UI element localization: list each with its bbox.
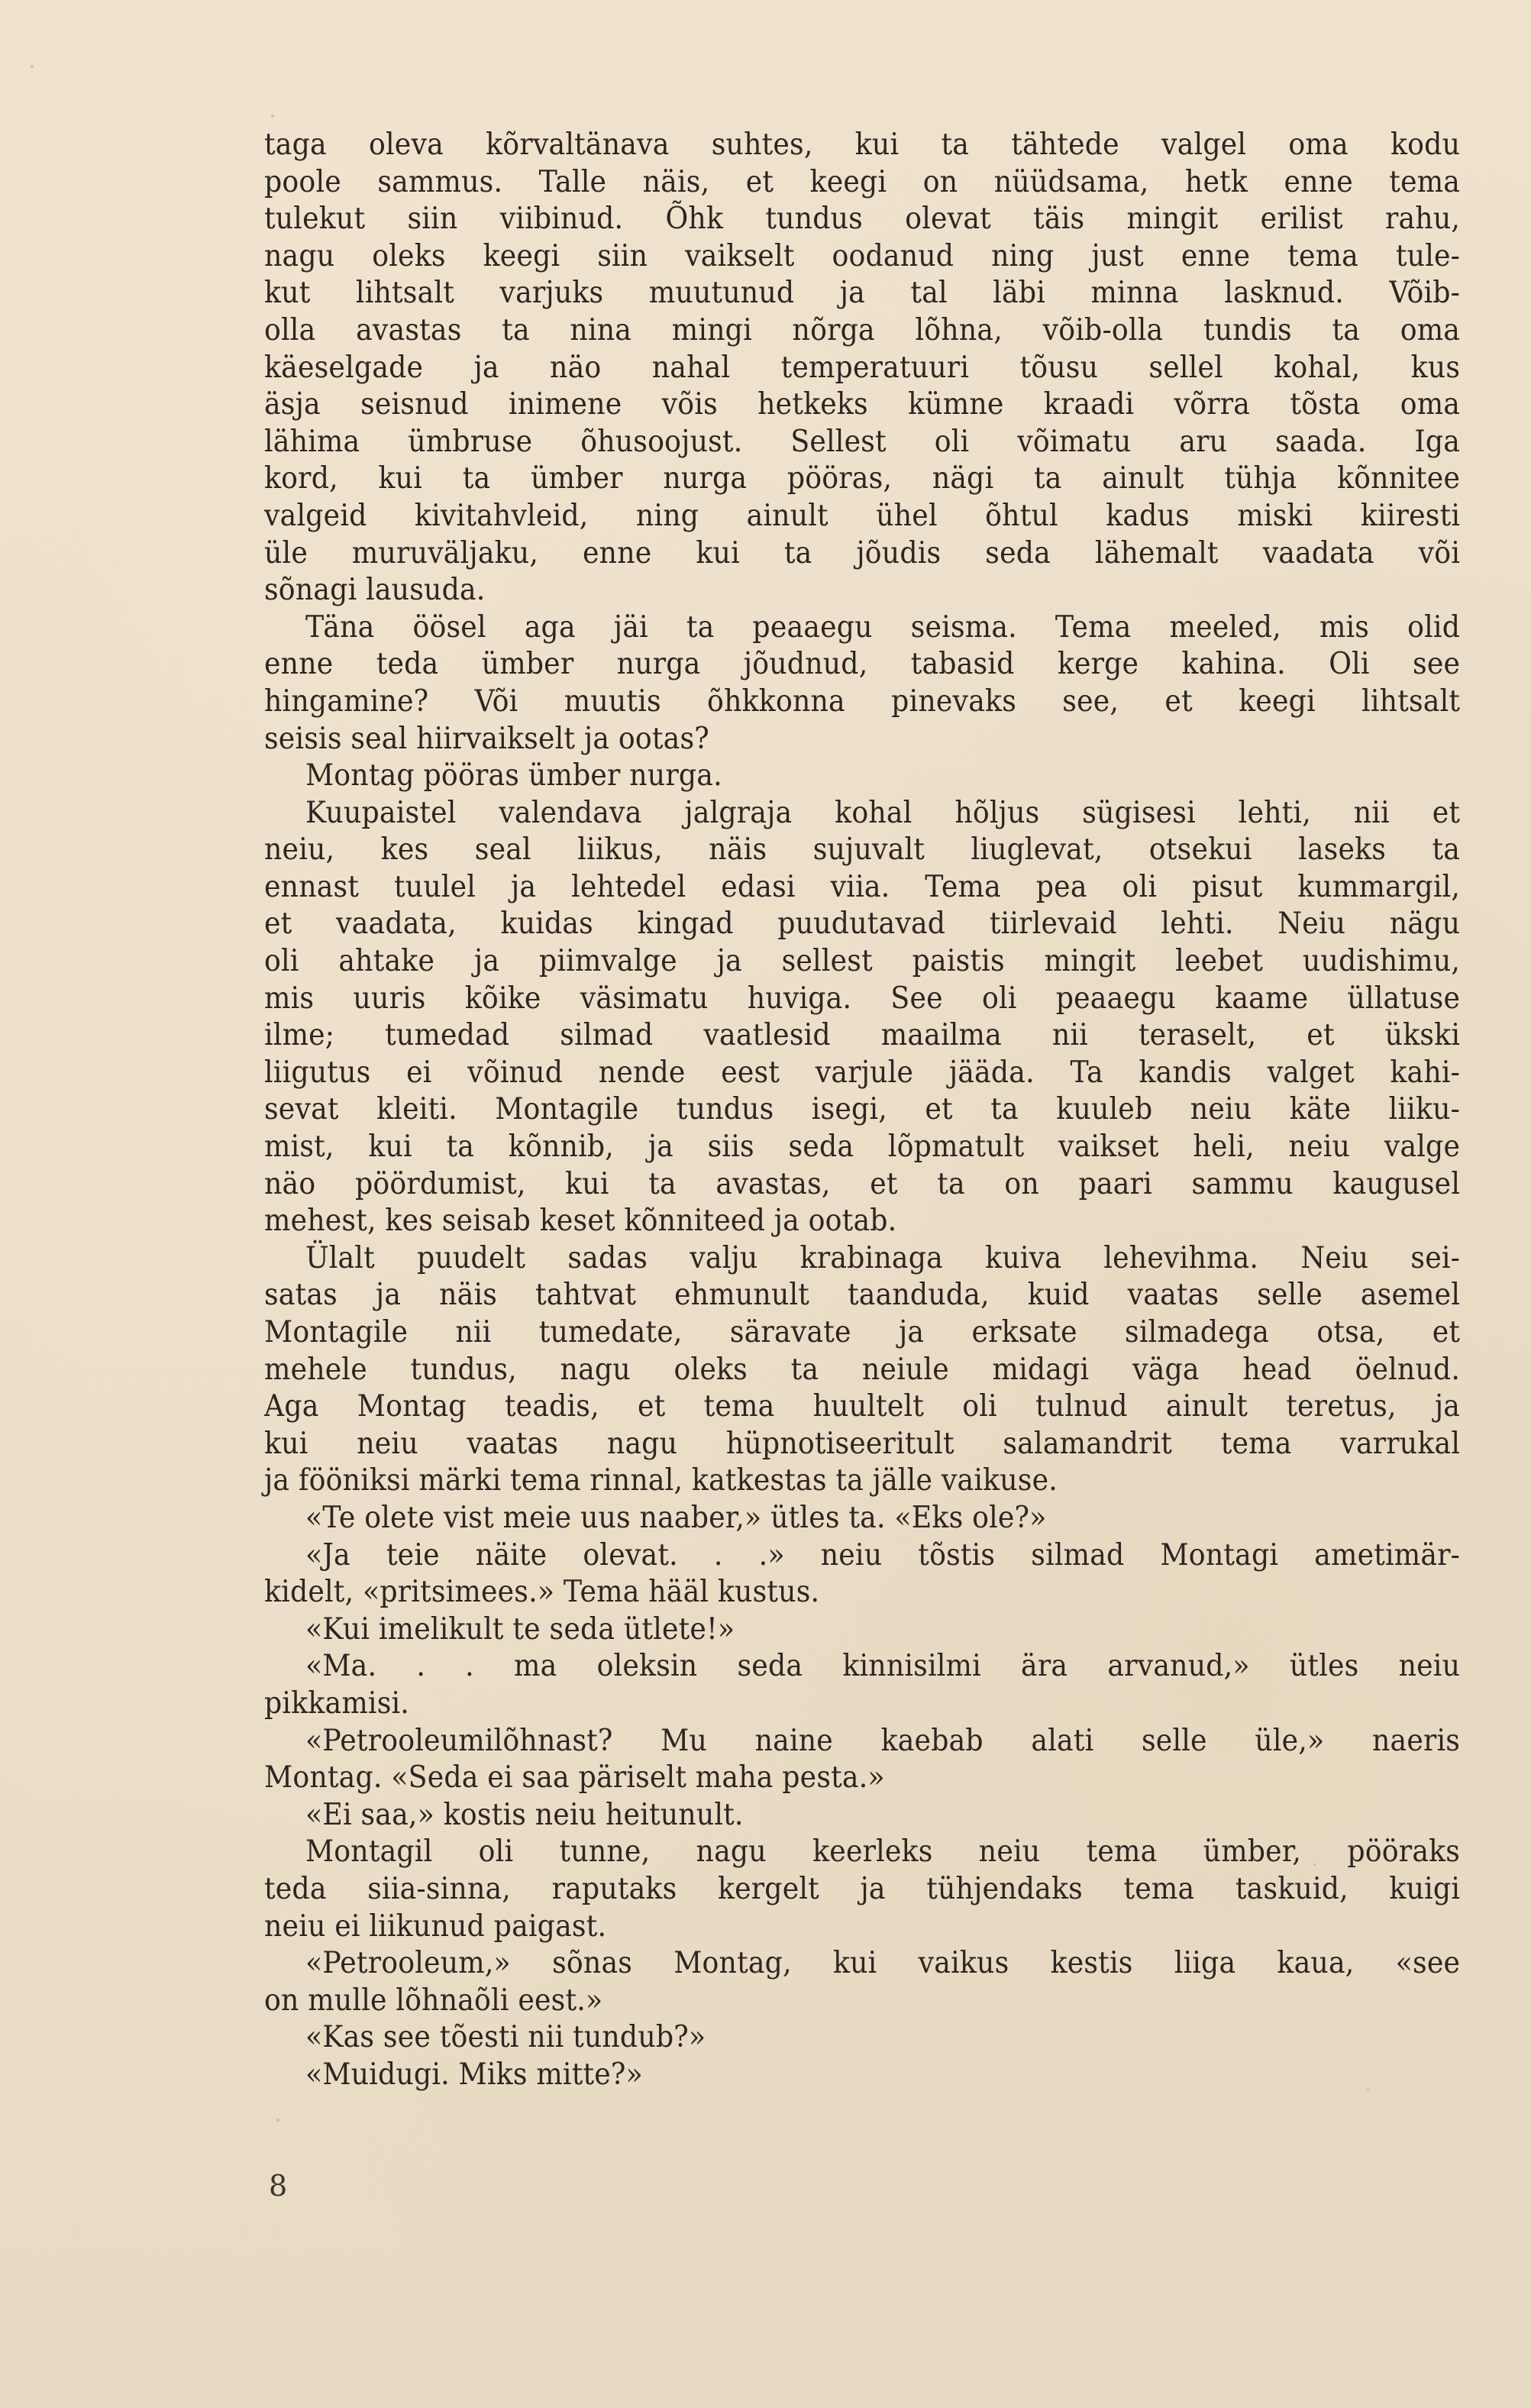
paragraph-first-line: «Ei saa,» kostis neiu heitunult. — [264, 1797, 1460, 1834]
text-line: üle muruväljaku, enne kui ta jõudis seda… — [264, 535, 1460, 573]
text-line: satas ja näis tahtvat ehmunult taanduda,… — [264, 1277, 1460, 1314]
text-line: mehest, kes seisab keset kõnniteed ja oo… — [264, 1203, 1460, 1240]
paragraph-first-line: Montagil oli tunne, nagu keerleks neiu t… — [264, 1834, 1460, 1871]
text-line: nagu oleks keegi siin vaikselt oodanud n… — [264, 238, 1460, 276]
text-line: mis uuris kõike väsimatu huviga. See oli… — [264, 981, 1460, 1018]
text-line: käeselgade ja näo nahal temperatuuri tõu… — [264, 350, 1460, 387]
paragraph-first-line: Täna öösel aga jäi ta peaaegu seisma. Te… — [264, 609, 1460, 647]
text-line: poole sammus. Talle näis, et keegi on nü… — [264, 164, 1460, 202]
text-line: valgeid kivitahvleid, ning ainult ühel õ… — [264, 498, 1460, 535]
paragraph-first-line: «Muidugi. Miks mitte?» — [264, 2057, 1460, 2094]
text-line: sõnagi lausuda. — [264, 572, 1460, 609]
text-line: seisis seal hiirvaikselt ja ootas? — [264, 721, 1460, 758]
text-line: liigutus ei võinud nende eest varjule jä… — [264, 1055, 1460, 1092]
paragraph-first-line: «Kas see tõesti nii tundub?» — [264, 2019, 1460, 2057]
text-line: ja fööniksi märki tema rinnal, katkestas… — [264, 1463, 1460, 1500]
paragraph-first-line: «Petrooleumilõhnast? Mu naine kaebab ala… — [264, 1723, 1460, 1760]
text-line: kord, kui ta ümber nurga pööras, nägi ta… — [264, 461, 1460, 498]
text-line: on mulle lõhnaõli eest.» — [264, 1983, 1460, 2020]
paper-fleck — [271, 115, 274, 118]
text-line: näo pöördumist, kui ta avastas, et ta on… — [264, 1166, 1460, 1204]
paragraph-first-line: Kuupaistel valendava jalgraja kohal hõlj… — [264, 795, 1460, 832]
text-line: ilme; tumedad silmad vaatlesid maailma n… — [264, 1017, 1460, 1055]
text-line: neiu ei liikunud paigast. — [264, 1909, 1460, 1946]
text-line: neiu, kes seal liikus, näis sujuvalt liu… — [264, 832, 1460, 869]
paragraph-first-line: «Petrooleum,» sõnas Montag, kui vaikus k… — [264, 1945, 1460, 1983]
text-line: olla avastas ta nina mingi nõrga lõhna, … — [264, 312, 1460, 350]
paragraph-first-line: «Kui imelikult te seda ütlete!» — [264, 1611, 1460, 1649]
text-line: tulekut siin viibinud. Õhk tundus olevat… — [264, 201, 1460, 238]
text-line: Montag. «Seda ei saa päriselt maha pesta… — [264, 1760, 1460, 1797]
text-line: Montagile nii tumedate, säravate ja erks… — [264, 1314, 1460, 1352]
text-line: taga oleva kõrvaltänava suhtes, kui ta t… — [264, 127, 1460, 164]
paragraph-first-line: Montag pööras ümber nurga. — [264, 758, 1460, 795]
paragraph-first-line: «Ja teie näite olevat. . .» neiu tõstis … — [264, 1537, 1460, 1575]
text-line: sevat kleiti. Montagile tundus isegi, et… — [264, 1091, 1460, 1129]
text-line: kidelt, «pritsimees.» Tema hääl kustus. — [264, 1574, 1460, 1611]
paper-fleck — [31, 65, 34, 68]
text-line: kut lihtsalt varjuks muutunud ja tal läb… — [264, 275, 1460, 312]
text-line: et vaadata, kuidas kingad puudutavad tii… — [264, 906, 1460, 943]
text-column: taga oleva kõrvaltänava suhtes, kui ta t… — [264, 127, 1460, 2093]
text-line: hingamine? Või muutis õhkkonna pinevaks … — [264, 684, 1460, 721]
text-line: enne teda ümber nurga jõudnud, tabasid k… — [264, 646, 1460, 684]
text-line: pikkamisi. — [264, 1686, 1460, 1723]
text-line: Aga Montag teadis, et tema huultelt oli … — [264, 1388, 1460, 1426]
text-line: kui neiu vaatas nagu hüpnotiseeritult sa… — [264, 1426, 1460, 1463]
paragraph-first-line: «Te olete vist meie uus naaber,» ütles t… — [264, 1500, 1460, 1537]
page-number: 8 — [269, 2167, 287, 2204]
text-line: mehele tundus, nagu oleks ta neiule mida… — [264, 1352, 1460, 1389]
paper-fleck — [276, 2119, 279, 2122]
text-line: ennast tuulel ja lehtedel edasi viia. Te… — [264, 869, 1460, 907]
text-line: mist, kui ta kõnnib, ja siis seda lõpmat… — [264, 1129, 1460, 1166]
text-line: teda siia-sinna, raputaks kergelt ja tüh… — [264, 1871, 1460, 1909]
paragraph-first-line: «Ma. . . ma oleksin seda kinnisilmi ära … — [264, 1648, 1460, 1686]
paragraph-first-line: Ülalt puudelt sadas valju krabinaga kuiv… — [264, 1240, 1460, 1278]
text-line: lähima ümbruse õhusoojust. Sellest oli v… — [264, 424, 1460, 461]
text-line: oli ahtake ja piimvalge ja sellest paist… — [264, 943, 1460, 981]
book-page: taga oleva kõrvaltänava suhtes, kui ta t… — [0, 0, 1531, 2408]
text-line: äsja seisnud inimene võis hetkeks kümne … — [264, 386, 1460, 424]
